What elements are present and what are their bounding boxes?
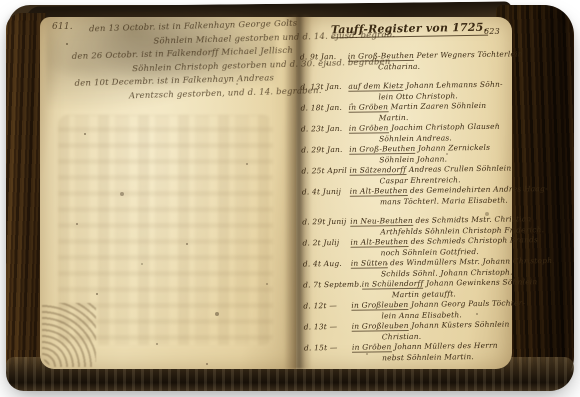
entry-text: in Alt-Beuthen des Schmieds Christoph Br… — [350, 235, 538, 259]
entry-date: d. 23t Jan. — [301, 124, 349, 135]
register-entry: d. 18t Jan.in Gröben Martin Zaaren Söhnl… — [301, 101, 509, 125]
register-entry: d. 4t Aug.in Sütten des Windmüllers Mstr… — [303, 257, 511, 281]
entry-line1: in Gröben Johann Müllers des Herrn — [352, 341, 512, 354]
entry-line1: in Großleuben Johann Küsters Söhnlein — [352, 320, 512, 333]
entry-text: in Groß-Beuthen Johann ZernickelsSöhnlei… — [349, 143, 509, 166]
entry-text: in Gröben Joachim Christoph GlausenSöhnl… — [349, 122, 509, 145]
entry-text: in Sütten des Windmüllers Mstr. Johann C… — [351, 256, 553, 280]
entry-text: in Groß-Beuthen Peter Wegners Töchterlei… — [348, 49, 523, 72]
register-entry: d. 4t Junijin Alt-Beuthen des Gemeindehi… — [302, 185, 510, 209]
entry-date: d. 13t — — [304, 322, 352, 333]
entry-date: d. 18t Jan. — [301, 103, 349, 114]
register-entry: d. 15t —in Gröben Johann Müllers des Her… — [304, 341, 512, 365]
register-entry: d. 13t —in Großleuben Johann Küsters Söh… — [304, 320, 512, 344]
entry-place: in Schülendorff — [362, 279, 424, 290]
entry-date: d. 13t Jan. — [300, 82, 348, 93]
entry-text: in Neu-Beuthen des Schmidts Mstr. Christ… — [350, 214, 544, 238]
register-entry: d. 29t Junijin Neu-Beuthen des Schmidts … — [302, 215, 510, 239]
entry-line1: in Gröben Joachim Christoph Glausen — [349, 122, 509, 135]
register-entry: d. 7t Septemb.in Schülendorff Johann Gew… — [303, 278, 511, 302]
register-entry: d. 12t —in Großleuben Johann Georg Pauls… — [303, 299, 511, 323]
register-entry: d. 2t Julijin Alt-Beuthen des Schmieds C… — [302, 236, 510, 260]
entry-place: in Neu-Beuthen — [350, 216, 413, 227]
register-entry: d. 23t Jan.in Gröben Joachim Christoph G… — [301, 122, 509, 146]
register-entry: d. 13t Jan.auf dem Kietz Johann Lehmanns… — [300, 80, 508, 104]
entry-place: in Groß-Beuthen — [349, 144, 415, 155]
entry-date: d. 4t Aug. — [303, 259, 351, 270]
entry-text: in Alt-Beuthen des Gemeindehirten Andres… — [350, 184, 548, 208]
entry-place: in Alt-Beuthen — [350, 186, 408, 197]
entry-text: in Gröben Martin Zaaren SöhnleinMartin. — [349, 101, 509, 124]
entry-date: d. 4t Junij — [302, 187, 350, 198]
entry-text: in Großleuben Johann Georg Pauls Töchter… — [351, 298, 525, 321]
register-entry: d. 9t Jan.in Groß-Beuthen Peter Wegners … — [300, 50, 508, 74]
register-title: Tauff-Register von 1725. — [331, 21, 488, 39]
entry-place: in Groß-Beuthen — [348, 51, 414, 62]
entry-date: d. 29t Jan. — [301, 145, 349, 156]
entry-line2: nebst Söhnlein Martin. — [382, 351, 512, 363]
entry-text: in Schülendorff Johann Gewinkens Söhnlei… — [362, 277, 538, 300]
entry-date: d. 7t Septemb. — [303, 280, 362, 291]
entry-place: auf dem Kietz — [348, 81, 403, 92]
burial-lines: den 13 Octobr. ist in Falkenhayn George … — [61, 18, 293, 105]
photo-of-open-register-book: 611. den 13 Octobr. ist in Falkenhayn Ge… — [0, 0, 580, 397]
entry-place: in Großleuben — [351, 300, 408, 311]
entry-line2: Catharina. — [378, 60, 523, 73]
entry-text: in Großleuben Johann Küsters SöhnleinChr… — [352, 320, 512, 343]
page-corner-curl — [42, 303, 96, 367]
book: 611. den 13 Octobr. ist in Falkenhayn Ge… — [6, 3, 574, 391]
register-entry: d. 29t Jan.in Groß-Beuthen Johann Zernic… — [301, 143, 509, 167]
register-entry: d. 25t Aprilin Sätzendorff Andreas Crull… — [301, 164, 509, 188]
entry-date: d. 9t Jan. — [300, 52, 348, 63]
entry-place: in Gröben — [349, 123, 389, 134]
entry-line1: in Groß-Beuthen Johann Zernickels — [349, 143, 509, 156]
entry-text: auf dem Kietz Johann Lehmanns Söhn-lein … — [348, 80, 508, 103]
right-page-number: 623 — [484, 27, 500, 36]
entry-place: in Sütten — [351, 258, 388, 269]
entry-date: d. 25t April — [301, 166, 349, 177]
entry-line1: auf dem Kietz Johann Lehmanns Söhn- — [348, 80, 508, 93]
entry-text: in Gröben Johann Müllers des Herrnnebst … — [352, 341, 512, 364]
entry-place: in Sätzendorff — [349, 165, 406, 176]
entry-place: in Gröben — [352, 342, 392, 353]
entry-line1: in Sätzendorff Andreas Crullen Söhnlein — [349, 164, 511, 177]
entry-line1: in Gröben Martin Zaaren Söhnlein — [349, 101, 509, 114]
entry-date: d. 29t Junij — [302, 217, 350, 228]
entry-place: in Großleuben — [352, 321, 409, 332]
entry-place: in Gröben — [349, 102, 389, 113]
baptism-entries: d. 9t Jan.in Groß-Beuthen Peter Wegners … — [300, 50, 512, 365]
entry-date: d. 2t Julij — [302, 238, 350, 249]
entry-text: in Sätzendorff Andreas Crullen SöhnleinC… — [349, 164, 511, 187]
entry-date: d. 12t — — [303, 301, 351, 312]
entry-date: d. 15t — — [304, 343, 352, 354]
entry-place: in Alt-Beuthen — [350, 237, 408, 248]
